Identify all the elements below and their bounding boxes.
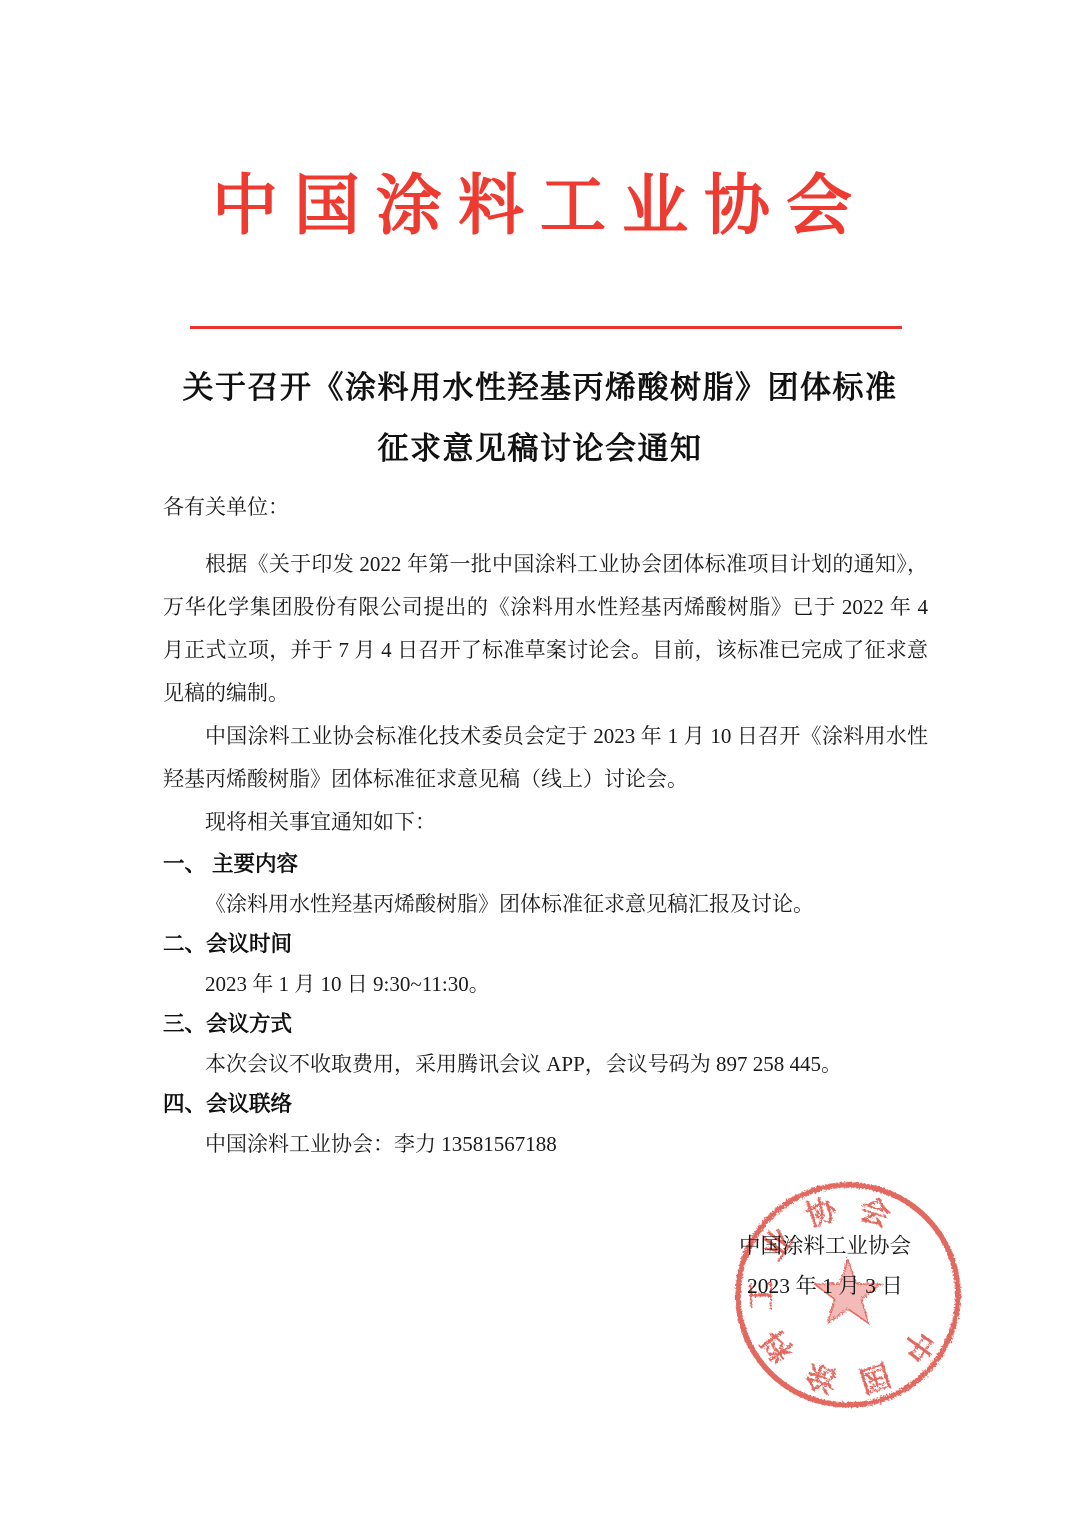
signature-org: 中国涂料工业协会	[695, 1226, 955, 1266]
doc-title-line1: 关于召开《涂料用水性羟基丙烯酸树脂》团体标准	[0, 362, 1080, 407]
section-3: 三、会议方式 本次会议不收取费用，采用腾讯会议 APP，会议号码为 897 25…	[163, 1004, 928, 1084]
red-divider-rule	[190, 326, 902, 329]
svg-text:涂: 涂	[802, 1356, 841, 1397]
section-2-body: 2023 年 1 月 10 日 9:30~11:30。	[163, 964, 928, 1004]
section-1-heading: 一、 主要内容	[163, 844, 928, 884]
section-3-heading: 三、会议方式	[163, 1004, 928, 1044]
salutation: 各有关单位：	[163, 487, 928, 527]
org-header-title: 中国涂料工业协会	[0, 152, 1080, 247]
section-4-heading: 四、会议联络	[163, 1084, 928, 1124]
section-4-body: 中国涂料工业协会：李力 13581567188	[163, 1124, 928, 1164]
svg-text:国: 国	[855, 1356, 894, 1397]
signature-date: 2023 年 1 月 3 日	[695, 1266, 955, 1306]
section-1-body: 《涂料用水性羟基丙烯酸树脂》团体标准征求意见稿汇报及讨论。	[163, 884, 928, 924]
section-3-body: 本次会议不收取费用，采用腾讯会议 APP，会议号码为 897 258 445。	[163, 1044, 928, 1084]
section-2-heading: 二、会议时间	[163, 924, 928, 964]
section-1: 一、 主要内容 《涂料用水性羟基丙烯酸树脂》团体标准征求意见稿汇报及讨论。	[163, 844, 928, 924]
document-page: 中国涂料工业协会 关于召开《涂料用水性羟基丙烯酸树脂》团体标准 征求意见稿讨论会…	[0, 0, 1080, 1527]
paragraph-2: 中国涂料工业协会标准化技术委员会定于 2023 年 1 月 10 日召开《涂料用…	[163, 715, 928, 801]
paragraph-1: 根据《关于印发 2022 年第一批中国涂料工业协会团体标准项目计划的通知》，万华…	[163, 543, 928, 715]
signature-block: 中国涂料工业协会 2023 年 1 月 3 日	[695, 1226, 955, 1306]
doc-title-line2: 征求意见稿讨论会通知	[0, 423, 1080, 468]
paragraph-3: 现将相关事宜通知如下：	[163, 801, 928, 844]
section-2: 二、会议时间 2023 年 1 月 10 日 9:30~11:30。	[163, 924, 928, 1004]
section-4: 四、会议联络 中国涂料工业协会：李力 13581567188	[163, 1084, 928, 1164]
document-body: 各有关单位： 根据《关于印发 2022 年第一批中国涂料工业协会团体标准项目计划…	[163, 487, 928, 1164]
